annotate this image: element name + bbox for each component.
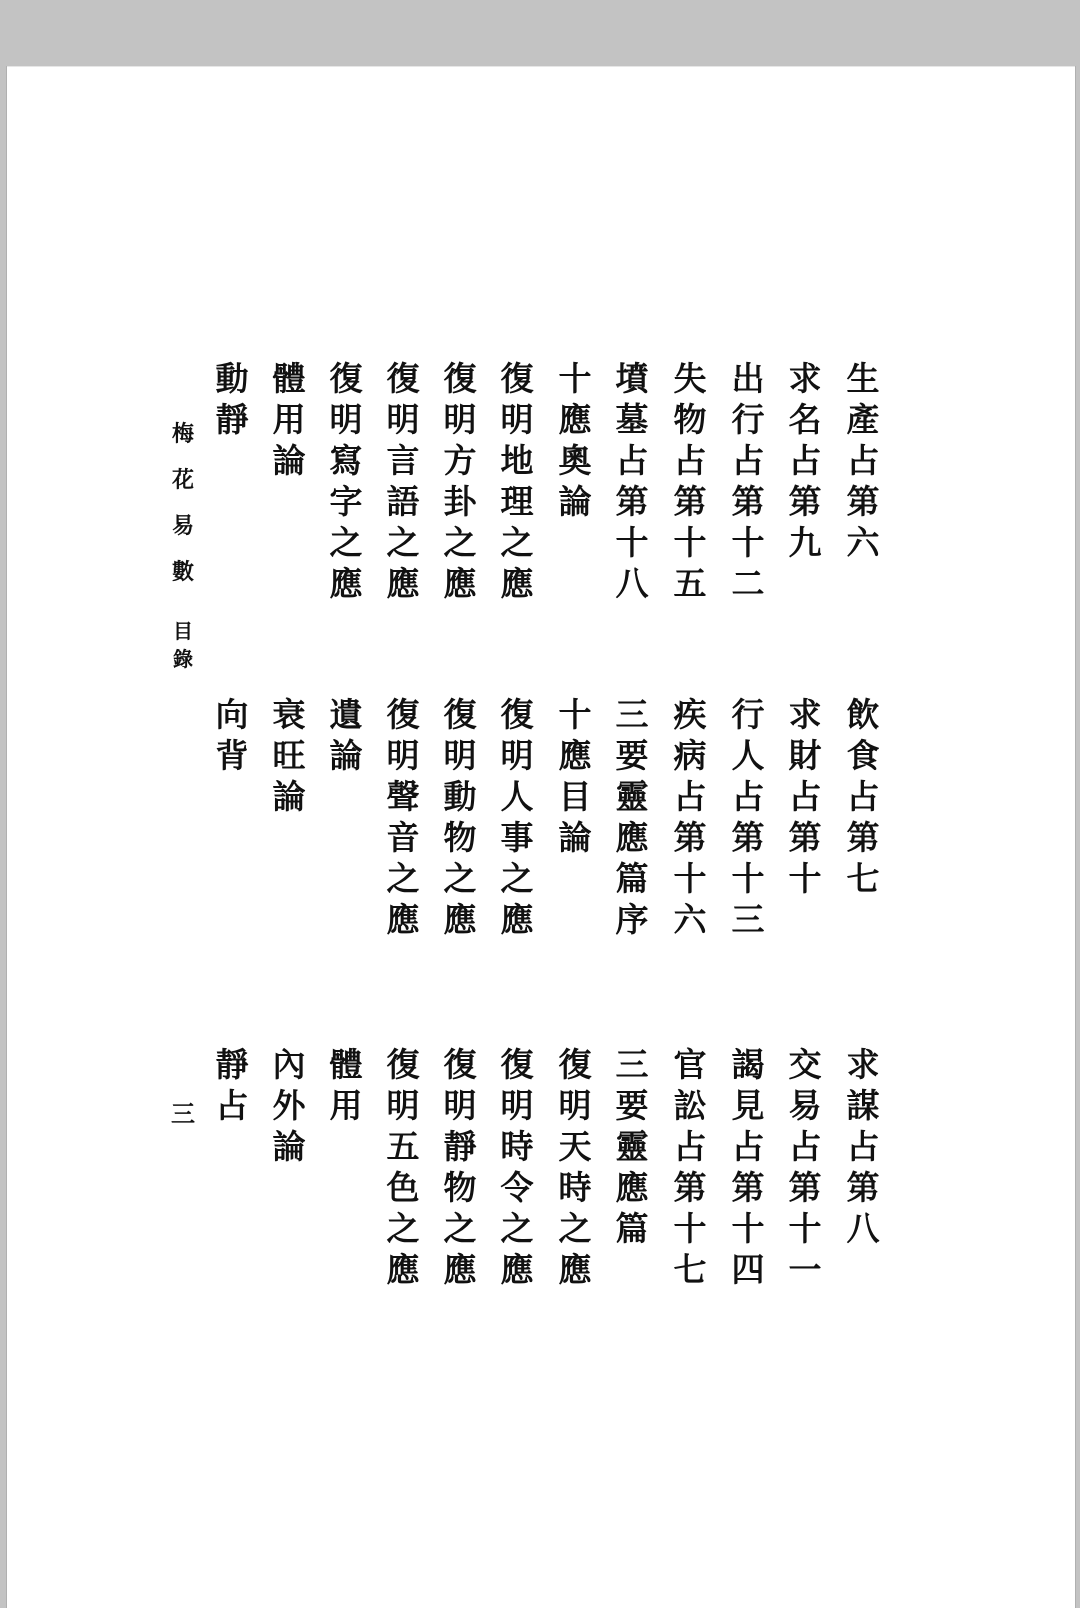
toc-entry: 疾病占第十六: [670, 694, 710, 940]
toc-entry-char: 疾: [670, 694, 710, 735]
toc-entry-char: 外: [269, 1085, 309, 1126]
toc-entry-char: 明: [440, 1085, 480, 1126]
toc-entry-char: 第: [670, 817, 710, 858]
toc-entry: 復明天時之應: [555, 1044, 595, 1290]
toc-entry-char: 交: [785, 1044, 825, 1085]
toc-entry-char: 之: [440, 858, 480, 899]
toc-entry-char: 靜: [212, 399, 252, 440]
toc-entry-char: 理: [497, 481, 537, 522]
toc-entry-char: 名: [785, 399, 825, 440]
toc-entry: 內外論: [269, 1044, 309, 1167]
margin-title-char: 梅: [172, 411, 194, 457]
toc-entry-char: 食: [843, 735, 883, 776]
toc-entry-char: 謁: [728, 1044, 768, 1085]
toc-entry: 出行占第十二: [728, 358, 768, 604]
toc-entry-char: 物: [670, 399, 710, 440]
toc-entry-char: 墳: [612, 358, 652, 399]
toc-entry-char: 明: [326, 399, 366, 440]
toc-entry-char: 求: [843, 1044, 883, 1085]
toc-entry-char: 十: [728, 1208, 768, 1249]
toc-entry-char: 字: [326, 481, 366, 522]
toc-entry-char: 應: [497, 1249, 537, 1290]
toc-entry-char: 明: [440, 735, 480, 776]
toc-entry: 十應奧論: [555, 358, 595, 522]
toc-entry-char: 占: [785, 440, 825, 481]
toc-entry-char: 之: [383, 522, 423, 563]
toc-entry-char: 序: [612, 899, 652, 940]
toc-entry: 復明靜物之應: [440, 1044, 480, 1290]
toc-entry-char: 應: [383, 1249, 423, 1290]
toc-entry-char: 占: [728, 776, 768, 817]
toc-entry: 三要靈應篇序: [612, 694, 652, 940]
toc-entry-char: 時: [555, 1167, 595, 1208]
toc-entry-char: 十: [612, 522, 652, 563]
toc-entry-char: 應: [440, 563, 480, 604]
toc-entry: 動靜: [212, 358, 252, 440]
toc-entry-char: 第: [670, 481, 710, 522]
toc-entry-char: 應: [555, 1249, 595, 1290]
toc-entry-char: 時: [497, 1126, 537, 1167]
toc-entry-char: 占: [728, 440, 768, 481]
toc-entry-char: 靜: [440, 1126, 480, 1167]
toc-entry: 飲食占第七: [843, 694, 883, 899]
toc-entry-char: 八: [843, 1208, 883, 1249]
toc-entry: 遺論: [326, 694, 366, 776]
toc-entry-char: 用: [269, 399, 309, 440]
toc-entry-char: 論: [269, 776, 309, 817]
toc-entry-char: 體: [326, 1044, 366, 1085]
toc-entry: 復明時令之應: [497, 1044, 537, 1290]
toc-entry-char: 論: [269, 1126, 309, 1167]
toc-entry-char: 言: [383, 440, 423, 481]
toc-entry-char: 占: [785, 1126, 825, 1167]
toc-entry-char: 三: [728, 899, 768, 940]
toc-entry-char: 占: [843, 776, 883, 817]
toc-entry-char: 十: [785, 858, 825, 899]
toc-entry-char: 五: [670, 563, 710, 604]
toc-entry-char: 要: [612, 735, 652, 776]
toc-entry-char: 謀: [843, 1085, 883, 1126]
toc-entry-char: 占: [212, 1085, 252, 1126]
toc-entry-char: 語: [383, 481, 423, 522]
toc-entry-char: 第: [728, 1167, 768, 1208]
toc-entry-char: 占: [612, 440, 652, 481]
toc-entry: 行人占第十三: [728, 694, 768, 940]
toc-entry-char: 應: [383, 563, 423, 604]
toc-entry-char: 物: [440, 817, 480, 858]
toc-entry-char: 占: [728, 1126, 768, 1167]
toc-entry-char: 六: [843, 522, 883, 563]
toc-entry-char: 訟: [670, 1085, 710, 1126]
toc-entry-char: 之: [497, 522, 537, 563]
toc-entry-char: 明: [383, 1085, 423, 1126]
toc-entry: 生產占第六: [843, 358, 883, 563]
toc-entry-char: 求: [785, 694, 825, 735]
toc-entry: 十應目論: [555, 694, 595, 858]
toc-entry: 求名占第九: [785, 358, 825, 563]
toc-entry-char: 占: [843, 440, 883, 481]
toc-entry-char: 失: [670, 358, 710, 399]
toc-entry-char: 應: [555, 399, 595, 440]
toc-entry-char: 十: [670, 1208, 710, 1249]
margin-header: 梅 花 易 數 目 錄: [168, 411, 198, 673]
toc-entry-char: 內: [269, 1044, 309, 1085]
toc-entry-char: 明: [383, 735, 423, 776]
toc-entry-char: 第: [728, 817, 768, 858]
toc-entry-char: 占: [785, 776, 825, 817]
toc-entry-char: 十: [555, 694, 595, 735]
toc-entry-char: 求: [785, 358, 825, 399]
toc-entry-char: 卦: [440, 481, 480, 522]
toc-entry-char: 病: [670, 735, 710, 776]
toc-entry-char: 動: [212, 358, 252, 399]
toc-entry-char: 篇: [612, 858, 652, 899]
toc-entry-char: 占: [843, 1126, 883, 1167]
toc-entry-char: 篇: [612, 1208, 652, 1249]
toc-entry-char: 第: [785, 1167, 825, 1208]
toc-entry: 衰旺論: [269, 694, 309, 817]
toc-entry-char: 方: [440, 440, 480, 481]
toc-entry-char: 令: [497, 1167, 537, 1208]
toc-entry-char: 應: [497, 899, 537, 940]
toc-entry: 謁見占第十四: [728, 1044, 768, 1290]
toc-entry-char: 向: [212, 694, 252, 735]
toc-entry-char: 目: [555, 776, 595, 817]
toc-entry-char: 應: [497, 563, 537, 604]
toc-entry-char: 明: [497, 399, 537, 440]
toc-entry-char: 三: [612, 694, 652, 735]
toc-entry-char: 之: [497, 1208, 537, 1249]
toc-entry-char: 復: [440, 358, 480, 399]
margin-title-char: 花: [172, 457, 194, 503]
toc-entry: 復明人事之應: [497, 694, 537, 940]
toc-entry-char: 見: [728, 1085, 768, 1126]
toc-entry-char: 應: [612, 1167, 652, 1208]
margin-section-char: 錄: [173, 645, 193, 673]
toc-entry-char: 十: [555, 358, 595, 399]
toc-entry: 向背: [212, 694, 252, 776]
toc-entry-char: 復: [440, 1044, 480, 1085]
toc-entry-char: 占: [670, 776, 710, 817]
toc-entry: 求財占第十: [785, 694, 825, 899]
toc-entry-char: 復: [383, 694, 423, 735]
toc-entry-char: 產: [843, 399, 883, 440]
toc-entry-char: 七: [670, 1249, 710, 1290]
toc-entry-char: 復: [326, 358, 366, 399]
toc-entry-char: 動: [440, 776, 480, 817]
toc-entry-char: 旺: [269, 735, 309, 776]
toc-entry-char: 復: [440, 694, 480, 735]
toc-entry-char: 色: [383, 1167, 423, 1208]
margin-title-char: 數: [172, 549, 194, 595]
toc-entry-char: 官: [670, 1044, 710, 1085]
toc-entry-char: 背: [212, 735, 252, 776]
toc-entry-char: 應: [440, 1249, 480, 1290]
toc-entry: 復明聲音之應: [383, 694, 423, 940]
toc-entry-char: 三: [612, 1044, 652, 1085]
toc-entry-char: 衰: [269, 694, 309, 735]
toc-entry-char: 生: [843, 358, 883, 399]
toc-entry-char: 行: [728, 694, 768, 735]
toc-entry-char: 寫: [326, 440, 366, 481]
toc-entry-char: 五: [383, 1126, 423, 1167]
toc-entry-char: 明: [497, 735, 537, 776]
toc-entry-char: 地: [497, 440, 537, 481]
toc-entry-char: 靜: [212, 1044, 252, 1085]
toc-entry-char: 用: [326, 1085, 366, 1126]
toc-entry-char: 復: [497, 358, 537, 399]
toc-entry-char: 復: [383, 358, 423, 399]
toc-entry-char: 十: [670, 522, 710, 563]
toc-entry-char: 出: [728, 358, 768, 399]
document-page: 生產占第六求名占第九出行占第十二失物占第十五墳墓占第十八十應奧論復明地理之應復明…: [6, 66, 1076, 1608]
toc-entry: 體用: [326, 1044, 366, 1126]
toc-entry: 失物占第十五: [670, 358, 710, 604]
toc-entry: 求謀占第八: [843, 1044, 883, 1249]
toc-entry-char: 明: [497, 1085, 537, 1126]
toc-entry-char: 之: [326, 522, 366, 563]
toc-entry: 復明地理之應: [497, 358, 537, 604]
toc-entry-char: 明: [383, 399, 423, 440]
toc-entry-char: 第: [843, 481, 883, 522]
toc-entry-char: 音: [383, 817, 423, 858]
toc-entry-char: 應: [383, 899, 423, 940]
toc-entry-char: 第: [670, 1167, 710, 1208]
toc-entry: 體用論: [269, 358, 309, 481]
toc-entry-char: 之: [440, 522, 480, 563]
toc-entry-char: 靈: [612, 1126, 652, 1167]
toc-entry-char: 明: [440, 399, 480, 440]
toc-entry-char: 要: [612, 1085, 652, 1126]
toc-entry-char: 之: [383, 858, 423, 899]
toc-entry-char: 十: [670, 858, 710, 899]
toc-entry: 三要靈應篇: [612, 1044, 652, 1249]
toc-entry-char: 墓: [612, 399, 652, 440]
toc-entry-char: 財: [785, 735, 825, 776]
toc-entry-char: 占: [670, 1126, 710, 1167]
toc-entry-char: 第: [785, 817, 825, 858]
toc-entry-char: 占: [670, 440, 710, 481]
toc-entry-char: 論: [555, 817, 595, 858]
toc-entry-char: 應: [612, 817, 652, 858]
toc-entry-char: 人: [497, 776, 537, 817]
toc-entry-char: 天: [555, 1126, 595, 1167]
toc-entry-char: 聲: [383, 776, 423, 817]
toc-entry-char: 四: [728, 1249, 768, 1290]
toc-entry: 官訟占第十七: [670, 1044, 710, 1290]
toc-entry-char: 體: [269, 358, 309, 399]
toc-entry-char: 二: [728, 563, 768, 604]
toc-entry-char: 奧: [555, 440, 595, 481]
toc-entry-char: 之: [497, 858, 537, 899]
toc-entry-char: 第: [843, 817, 883, 858]
toc-entry-char: 之: [383, 1208, 423, 1249]
toc-entry-char: 九: [785, 522, 825, 563]
toc-entry: 交易占第十一: [785, 1044, 825, 1290]
toc-entry-char: 復: [497, 694, 537, 735]
toc-entry-char: 應: [440, 899, 480, 940]
margin-title-char: 易: [172, 503, 194, 549]
toc-entry-char: 十: [728, 522, 768, 563]
toc-entry: 墳墓占第十八: [612, 358, 652, 604]
toc-entry-char: 飲: [843, 694, 883, 735]
toc-entry-char: 明: [555, 1085, 595, 1126]
page-number: 三: [168, 1094, 198, 1129]
toc-entry: 復明動物之應: [440, 694, 480, 940]
toc-entry-char: 行: [728, 399, 768, 440]
toc-entry-char: 第: [728, 481, 768, 522]
toc-entry-char: 復: [497, 1044, 537, 1085]
toc-entry-char: 六: [670, 899, 710, 940]
toc-entry-char: 遺: [326, 694, 366, 735]
toc-entry: 復明方卦之應: [440, 358, 480, 604]
toc-entry-char: 十: [728, 858, 768, 899]
toc-entry-char: 第: [843, 1167, 883, 1208]
toc-entry-char: 之: [440, 1208, 480, 1249]
toc-entry-char: 論: [269, 440, 309, 481]
toc-entry-char: 第: [785, 481, 825, 522]
toc-entry: 復明言語之應: [383, 358, 423, 604]
toc-entry-char: 應: [326, 563, 366, 604]
toc-entry: 復明五色之應: [383, 1044, 423, 1290]
toc-entry-char: 事: [497, 817, 537, 858]
toc-entry-char: 論: [326, 735, 366, 776]
toc-entry-char: 復: [555, 1044, 595, 1085]
viewer-top-band: [0, 0, 1080, 65]
toc-entry-char: 論: [555, 481, 595, 522]
toc-entry: 靜占: [212, 1044, 252, 1126]
toc-entry-char: 應: [555, 735, 595, 776]
toc-entry-char: 之: [555, 1208, 595, 1249]
toc-entry-char: 第: [612, 481, 652, 522]
toc-entry-char: 八: [612, 563, 652, 604]
toc-entry-char: 七: [843, 858, 883, 899]
toc-entry-char: 十: [785, 1208, 825, 1249]
toc-entry-char: 一: [785, 1249, 825, 1290]
toc-entry-char: 復: [383, 1044, 423, 1085]
margin-section-char: 目: [173, 617, 193, 645]
toc-entry: 復明寫字之應: [326, 358, 366, 604]
toc-entry-char: 物: [440, 1167, 480, 1208]
toc-entry-char: 靈: [612, 776, 652, 817]
toc-entry-char: 易: [785, 1085, 825, 1126]
toc-entry-char: 人: [728, 735, 768, 776]
